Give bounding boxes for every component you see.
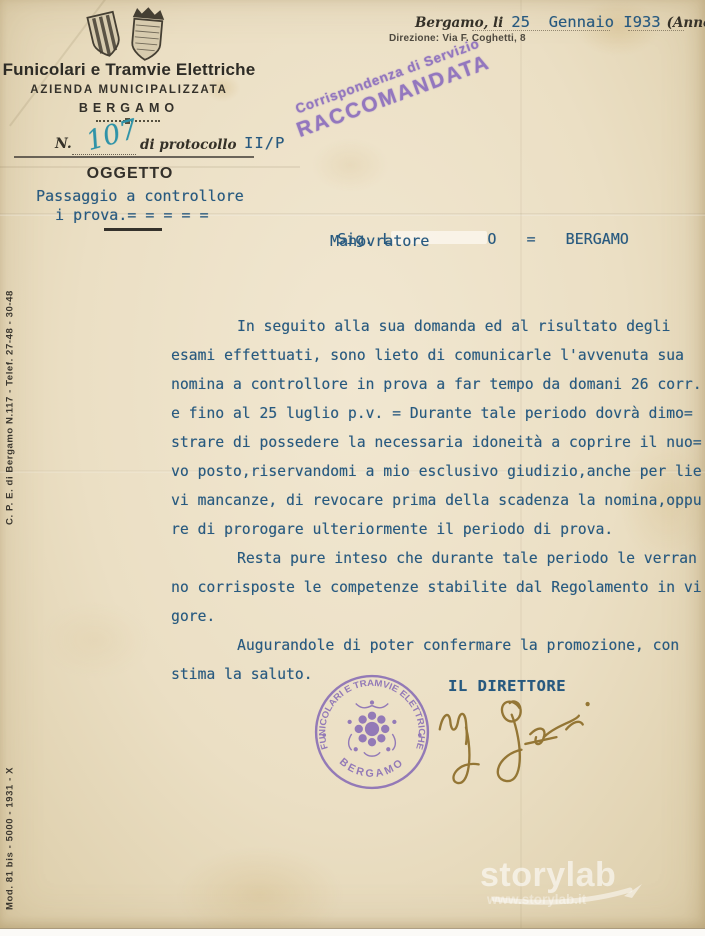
letterhead-rule [14, 156, 254, 158]
storylab-watermark-url: www.storylab.it [487, 892, 586, 907]
body-line: Resta pure inteso che durante tale perio… [171, 544, 705, 573]
protocol-label: di protocollo [140, 137, 237, 153]
addressee-role: Manovratore [330, 232, 429, 250]
company-round-stamp: FUNICOLARI E TRAMVIE ELETTRICHE BERGAMO [311, 671, 433, 793]
director-signature [430, 688, 610, 796]
oggetto-underline [104, 228, 162, 231]
margin-model-info: Mod. 81 bis - 5000 - 1931 - X [2, 748, 18, 928]
letterhead-crests [86, 6, 176, 62]
striped-shield-icon [86, 10, 126, 62]
letter-body: In seguito alla sua domanda ed al risult… [171, 312, 705, 689]
body-line: stima la saluto. [171, 660, 705, 689]
body-line: strare di possedere la necessaria idonei… [171, 428, 705, 457]
scanned-letter: Funicolari e Tramvie Elettriche AZIENDA … [0, 0, 705, 936]
typed-date: 25 Gennaio I933 [511, 13, 660, 31]
paper-background: Funicolari e Tramvie Elettriche AZIENDA … [0, 0, 705, 929]
crowned-shield-icon [126, 6, 170, 64]
body-line: Augurandole di poter confermare la promo… [171, 631, 705, 660]
margin-print-info: C. P. E. di Bergamo N.117 - Telef. 27-48… [2, 252, 18, 564]
body-line: re di prorogare ulteriormente il periodo… [171, 515, 705, 544]
body-line: esami effettuati, sono lieto di comunica… [171, 341, 705, 370]
place-label: Bergamo, li [415, 15, 503, 31]
body-line: In seguito alla sua domanda ed al risult… [171, 312, 705, 341]
body-line: e fino al 25 luglio p.v. = Durante tale … [171, 399, 705, 428]
body-line: no corrisposte le competenze stabilite d… [171, 573, 705, 602]
oggetto-label: OGGETTO [0, 165, 260, 183]
addressee-suffix: O = BERGAMO [487, 230, 628, 248]
body-line: vi mancanze, di revocare prima della sca… [171, 486, 705, 515]
body-line: gore. [171, 602, 705, 631]
protocol-number-handwritten: 107 [83, 114, 141, 157]
svg-text:BERGAMO: BERGAMO [337, 756, 407, 780]
date-line: Bergamo, li 25 Gennaio I933 (Anno XI ) [415, 13, 705, 31]
anno-dotted-line [628, 30, 684, 31]
protocol-dotted-line [72, 154, 136, 155]
company-subtitle: AZIENDA MUNICIPALIZZATA [0, 84, 258, 96]
anno-label: (Anno [667, 15, 705, 31]
oggetto-line-1: Passaggio a controllore [36, 187, 244, 205]
company-name: Funicolari e Tramvie Elettriche [0, 60, 258, 80]
company-city: BERGAMO [0, 101, 258, 115]
protocol-n-label: N. [55, 136, 72, 152]
body-line: vo posto,riservandomi a mio esclusivo gi… [171, 457, 705, 486]
oggetto-line-2: i prova.= = = = = [55, 206, 209, 224]
round-stamp-bottom-text: BERGAMO [337, 756, 407, 780]
round-stamp-emblem [348, 701, 396, 756]
protocol-class: II/P [244, 134, 285, 152]
body-line: nomina a controllore in prova a far temp… [171, 370, 705, 399]
